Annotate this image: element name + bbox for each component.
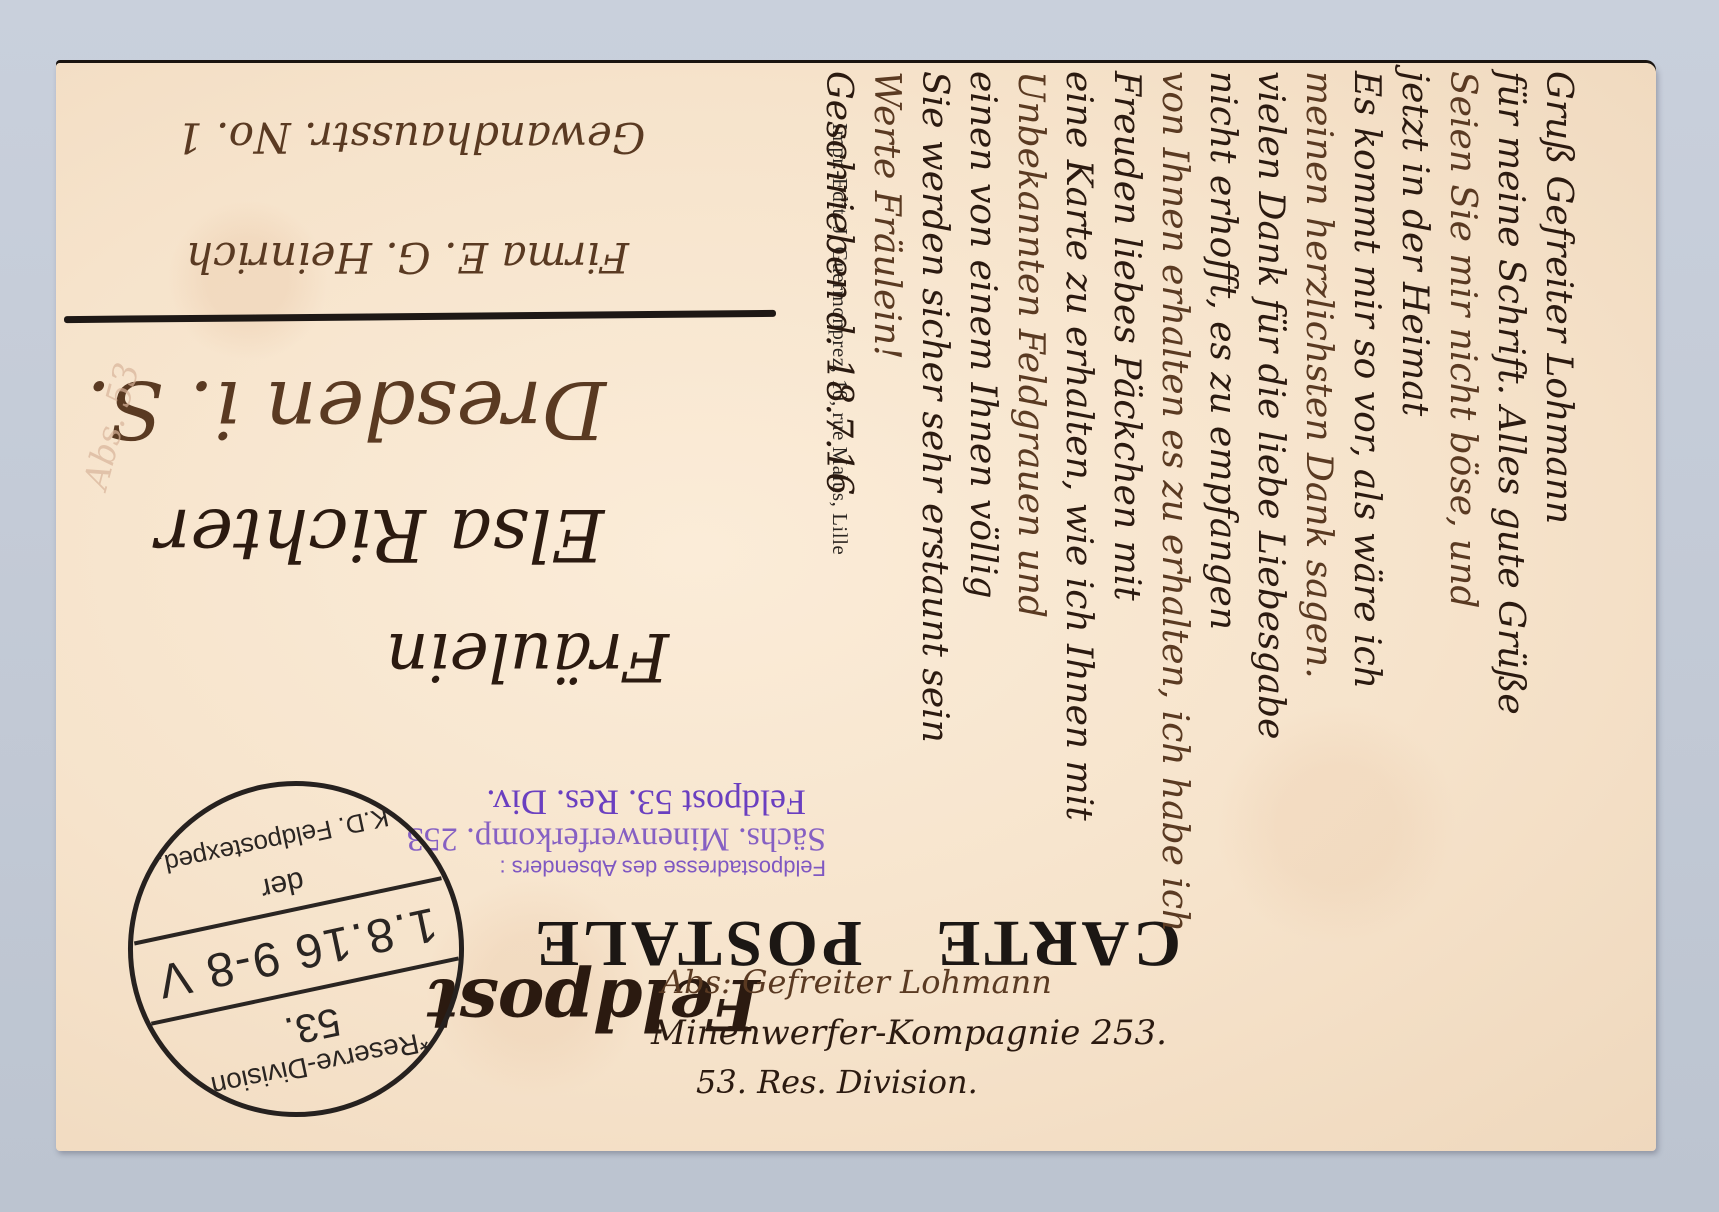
- message-line: Seien Sie mir nicht böse, und: [1444, 71, 1480, 608]
- sender-division: 53. Res. Division.: [696, 1063, 978, 1101]
- message-line: Sie werden sicher sehr erstaunt sein: [916, 71, 952, 743]
- message-line: jetzt in der Heimat: [1396, 71, 1432, 416]
- sender-unit: Minenwerfer-Kompagnie 253.: [651, 1013, 1167, 1053]
- message-line: nicht erhofft, es zu empfangen: [1204, 71, 1240, 630]
- address-salutation: Fräulein: [386, 618, 669, 695]
- message-line: Werte Fräulein!: [868, 71, 904, 360]
- message-line: eine Karte zu erhalten, wie ich Ihnen mi…: [1060, 71, 1096, 821]
- address-firm: Firma E. G. Heinrich: [186, 233, 629, 282]
- message-line: von Ihnen erhalten es zu erhalten, ich h…: [1156, 71, 1192, 932]
- message-line: meinen herzlichsten Dank sagen.: [1300, 71, 1336, 679]
- message-line: vielen Dank für die liebe Liebesgabe: [1252, 71, 1288, 739]
- sender-name: Abs: Gefreiter Lohmann: [661, 963, 1052, 1001]
- address-name: Elsa Richter: [156, 493, 604, 577]
- message-line: Freuden liebes Päckchen mit: [1108, 71, 1144, 601]
- message-line: Gruß Gefreiter Lohmann: [1540, 71, 1576, 524]
- message-line: Unbekannten Feldgrauen und: [1012, 71, 1048, 618]
- message-line: einen von einem Ihnen völlig: [964, 71, 1000, 599]
- address-street: Gewandhausstr. No. 1: [176, 113, 645, 162]
- message-line: Es kommt mir so vor, als wäre ich: [1348, 71, 1384, 689]
- message-dateline: Geschrieben d. 18.7.16: [820, 71, 856, 495]
- message-line: für meine Schrift. Alles gute Grüße: [1492, 71, 1528, 715]
- postcard: Gewandhausstr. No. 1 Firma E. G. Heinric…: [56, 63, 1656, 1151]
- address-divider-line: [64, 310, 776, 323]
- address-city: Dresden i. S.: [86, 363, 606, 456]
